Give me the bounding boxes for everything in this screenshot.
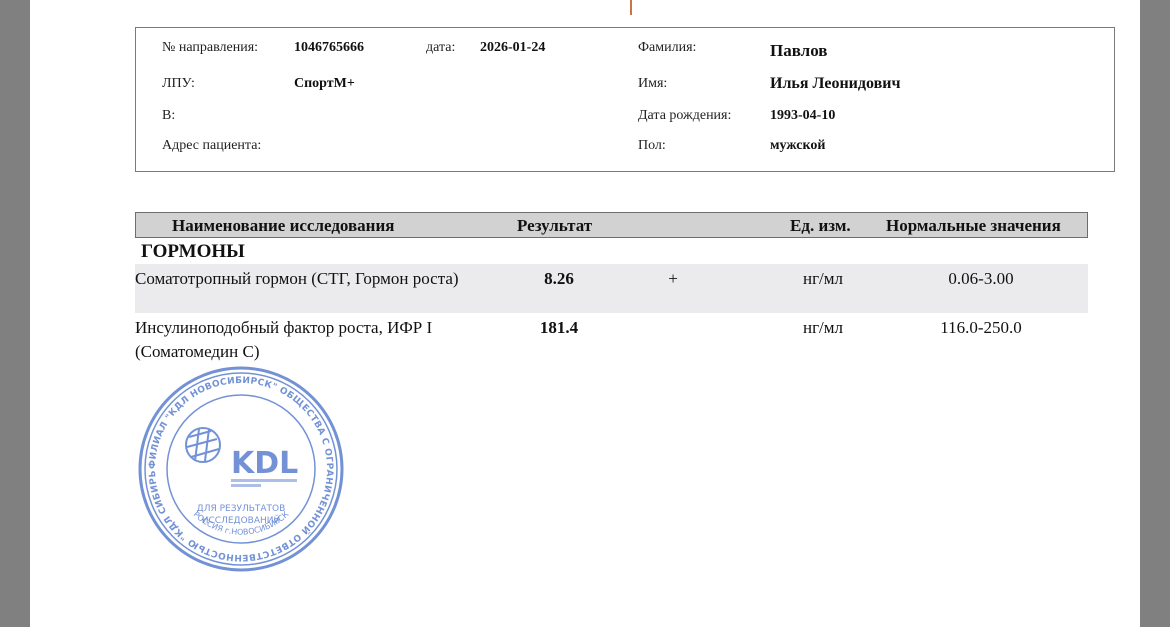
surname-label: Фамилия: (638, 40, 696, 56)
sex-value: мужской (770, 138, 825, 154)
date-value: 2026-01-24 (480, 40, 545, 56)
header-test-name: Наименование исследования (172, 216, 394, 236)
date-label: дата: (426, 40, 455, 56)
test-result: 8.26 (519, 267, 599, 291)
header-result: Результат (517, 216, 592, 236)
document-page: № направления: 1046765666 дата: 2026-01-… (30, 0, 1140, 627)
header-reference: Нормальные значения (886, 216, 1061, 236)
surname-value: Павлов (770, 41, 827, 61)
table-row: Инсулиноподобный фактор роста, ИФР I (Со… (135, 313, 1088, 362)
cropped-header-text (30, 0, 1140, 2)
test-name: Соматотропный гормон (СТГ, Гормон роста) (135, 267, 465, 291)
stamp-center-line1: ДЛЯ РЕЗУЛЬТАТОВ (197, 504, 286, 514)
sex-label: Пол: (638, 138, 666, 154)
test-name: Инсулиноподобный фактор роста, ИФР I (Со… (135, 316, 465, 364)
dob-value: 1993-04-10 (770, 108, 835, 124)
lab-stamp: ФИЛИАЛ "КДЛ НОВОСИБИРСК" ОБЩЕСТВА С ОГРА… (135, 363, 347, 575)
results-table-header: Наименование исследования Результат Ед. … (135, 212, 1088, 238)
dob-label: Дата рождения: (638, 108, 731, 124)
referral-number-label: № направления: (162, 40, 258, 56)
first-name-value: Илья Леонидович (770, 75, 900, 93)
lpu-label: ЛПУ: (162, 76, 195, 92)
test-unit: нг/мл (783, 267, 863, 291)
stamp-icon: ФИЛИАЛ "КДЛ НОВОСИБИРСК" ОБЩЕСТВА С ОГРА… (135, 363, 347, 575)
referral-number-value: 1046765666 (294, 40, 364, 56)
patient-info-box: № направления: 1046765666 дата: 2026-01-… (135, 27, 1115, 172)
first-name-label: Имя: (638, 76, 667, 92)
address-label: Адрес пациента: (162, 138, 261, 154)
test-reference: 0.06-3.00 (925, 267, 1037, 291)
test-unit: нг/мл (783, 316, 863, 340)
abnormal-flag: + (663, 267, 683, 291)
section-title: ГОРМОНЫ (141, 241, 245, 263)
orange-divider (630, 0, 632, 15)
kdl-logo: KDL (231, 446, 298, 481)
globe-icon (186, 428, 220, 462)
v-label: В: (162, 108, 175, 124)
test-result: 181.4 (519, 316, 599, 340)
test-reference: 116.0-250.0 (925, 316, 1037, 340)
header-unit: Ед. изм. (790, 216, 851, 236)
lpu-value: СпортМ+ (294, 76, 355, 92)
table-row: Соматотропный гормон (СТГ, Гормон роста)… (135, 264, 1088, 313)
